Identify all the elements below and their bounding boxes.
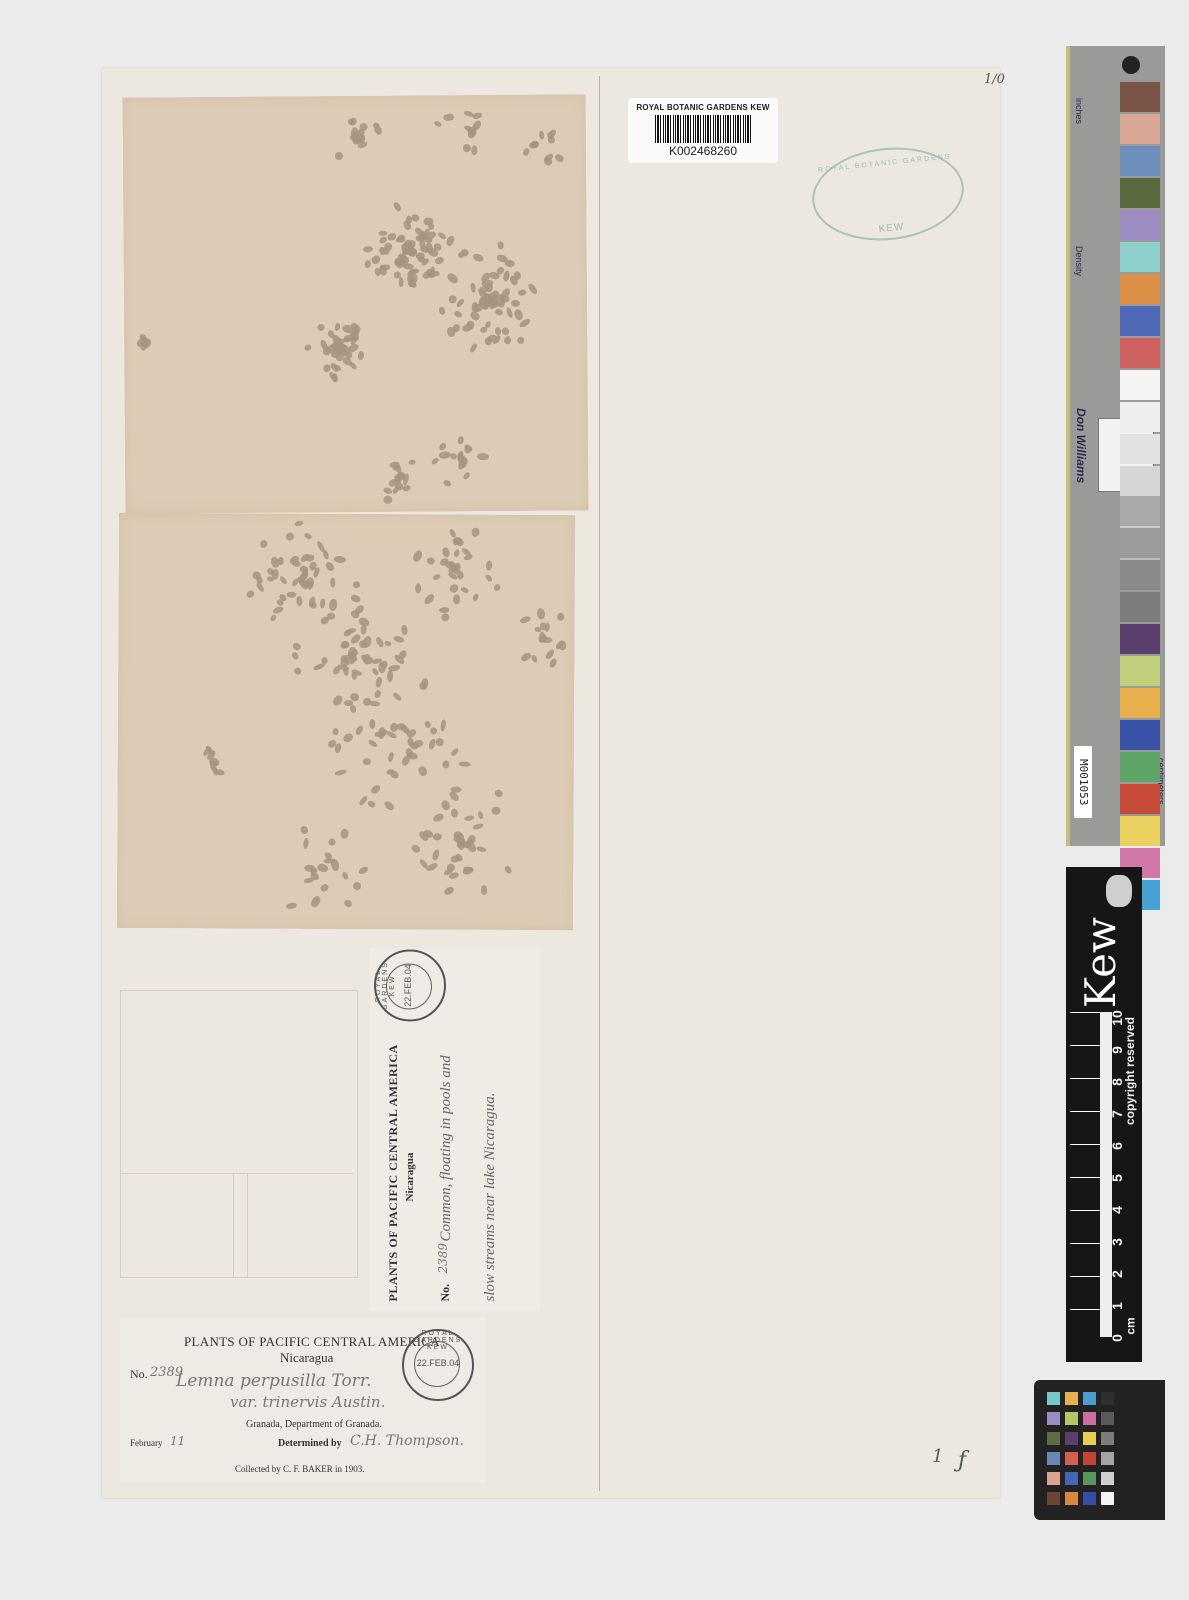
duckweed-frond <box>353 603 366 616</box>
duckweed-frond <box>331 665 341 676</box>
duckweed-frond <box>437 231 447 241</box>
duckweed-frond <box>519 616 532 625</box>
specimen-packet-upper <box>123 94 589 513</box>
duckweed-frond <box>413 740 424 748</box>
color-square <box>1083 1452 1096 1465</box>
duckweed-frond <box>392 692 403 703</box>
color-patch <box>1120 656 1160 686</box>
color-patch <box>1120 592 1160 622</box>
color-square <box>1101 1492 1114 1505</box>
duckweed-frond <box>296 596 303 606</box>
color-square <box>1083 1412 1096 1425</box>
duckweed-frond <box>441 612 452 623</box>
scale-number: 7 <box>1109 1105 1125 1123</box>
duckweed-frond <box>259 539 269 549</box>
scale-number: 5 <box>1109 1169 1125 1187</box>
stamp-ring-text: ROYAL GARDENS KEW <box>404 1330 472 1351</box>
duckweed-frond <box>303 532 313 540</box>
duckweed-frond <box>539 130 545 140</box>
color-patch <box>1120 434 1160 464</box>
duckweed-frond <box>443 113 454 122</box>
color-patch <box>1120 560 1160 590</box>
duckweed-frond <box>446 271 460 285</box>
color-square <box>1083 1392 1096 1405</box>
duckweed-frond <box>304 344 312 352</box>
duckweed-frond <box>464 839 477 853</box>
receipt-stamp: ROYAL GARDENS KEW 22.FEB.04 <box>402 1329 474 1401</box>
envelope-fold <box>233 1173 234 1277</box>
color-patch <box>1120 242 1160 272</box>
color-square <box>1101 1452 1114 1465</box>
color-patch <box>1120 688 1160 718</box>
duckweed-frond <box>448 528 457 538</box>
duckweed-frond <box>423 593 436 606</box>
stamp-ring-text: ROYAL GARDENS KEW <box>375 951 396 1019</box>
duckweed-frond <box>352 880 362 890</box>
duckweed-frond <box>527 282 538 295</box>
duckweed-frond <box>266 576 274 583</box>
duckweed-frond <box>425 557 435 567</box>
duckweed-frond <box>477 453 489 461</box>
duckweed-frond <box>494 789 504 799</box>
duckweed-frond <box>399 277 404 287</box>
duckweed-frond <box>477 810 484 819</box>
duckweed-frond <box>517 290 526 297</box>
duckweed-frond <box>290 650 299 660</box>
duckweed-frond <box>504 864 513 874</box>
strip-hole-icon <box>1122 56 1140 74</box>
collector-line: Collected by C. F. BAKER in 1903. <box>235 1464 365 1474</box>
duckweed-frond <box>392 201 402 213</box>
duckweed-frond <box>300 825 310 836</box>
duckweed-frond <box>409 240 416 248</box>
duckweed-frond <box>292 642 302 652</box>
color-square <box>1065 1392 1078 1405</box>
stamp-top-text: ROYAL BOTANIC GARDENS <box>811 152 959 174</box>
scale-number: 3 <box>1109 1233 1125 1251</box>
scale-number: 1 <box>1109 1297 1125 1315</box>
color-patch <box>1120 274 1160 304</box>
scale-number: 2 <box>1109 1265 1125 1283</box>
duckweed-frond <box>334 322 341 331</box>
duckweed-frond <box>547 136 556 145</box>
duckweed-frond <box>479 327 487 334</box>
duckweed-frond <box>438 306 446 315</box>
duckweed-frond <box>440 719 447 732</box>
color-square <box>1047 1432 1060 1445</box>
duckweed-frond <box>469 282 476 293</box>
duckweed-frond <box>382 799 395 812</box>
scale-number: 6 <box>1109 1137 1125 1155</box>
duckweed-frond <box>382 487 393 496</box>
duckweed-frond <box>387 752 395 763</box>
stamp-bottom-text: KEW <box>817 215 965 241</box>
taxon-name: Lemna perpusilla Torr. <box>176 1371 371 1391</box>
color-square <box>1047 1492 1060 1505</box>
duckweed-frond <box>440 799 452 812</box>
duckweed-frond <box>334 150 345 161</box>
color-square <box>1065 1432 1078 1445</box>
determiner-name: C.H. Thompson. <box>350 1433 464 1449</box>
color-square <box>1047 1472 1060 1485</box>
duckweed-frond <box>324 560 336 572</box>
label-header: PLANTS OF PACIFIC CENTRAL AMERICA <box>184 1334 440 1350</box>
color-patch <box>1120 816 1160 846</box>
duckweed-frond <box>556 612 565 622</box>
color-square <box>1101 1392 1114 1405</box>
duckweed-frond <box>530 654 538 663</box>
duckweed-frond <box>408 460 416 465</box>
duckweed-frond <box>293 667 303 677</box>
duckweed-frond <box>317 863 330 873</box>
herbarium-sheet: ROYAL BOTANIC GARDENS KEW K002468260 ROY… <box>102 68 1000 1498</box>
duckweed-frond <box>453 549 460 558</box>
duckweed-frond <box>463 144 472 153</box>
duckweed-frond <box>388 769 400 780</box>
duckweed-frond <box>528 141 540 150</box>
duckweed-frond <box>290 578 299 588</box>
receipt-stamp: ROYAL GARDENS KEW 22.FEB.04 <box>374 949 446 1021</box>
duckweed-frond <box>370 784 382 795</box>
duckweed-frond <box>472 112 483 120</box>
duckweed-frond <box>453 310 463 320</box>
color-patch <box>1120 402 1160 432</box>
habitat-note-line1: Common, floating in pools and <box>438 1055 455 1241</box>
color-square <box>1083 1492 1096 1505</box>
duckweed-frond <box>363 758 372 766</box>
duckweed-frond <box>450 808 458 818</box>
duckweed-frond <box>513 308 524 321</box>
duckweed-frond <box>344 654 350 662</box>
color-patch <box>1120 146 1160 176</box>
duckweed-frond <box>425 862 438 872</box>
duckweed-frond <box>315 323 325 333</box>
color-square <box>1101 1432 1114 1445</box>
kew-logo: Kew <box>1076 917 1125 1008</box>
duckweed-frond <box>353 724 364 736</box>
duckweed-frond <box>430 456 439 465</box>
color-patch <box>1120 82 1160 112</box>
barcode-icon <box>655 115 751 143</box>
duckweed-frond <box>503 336 511 345</box>
color-square <box>1065 1472 1078 1485</box>
duckweed-frond <box>449 295 457 303</box>
scale-number: 8 <box>1109 1073 1125 1091</box>
duckweed-frond <box>428 726 438 736</box>
duckweed-frond <box>402 485 411 492</box>
duckweed-frond <box>461 249 469 257</box>
duckweed-frond <box>367 739 378 749</box>
specimen-label: PLANTS OF PACIFIC CENTRAL AMERICA Nicara… <box>120 1317 486 1483</box>
duckweed-frond <box>348 361 358 371</box>
duckweed-frond <box>411 843 422 854</box>
color-patch <box>1120 210 1160 240</box>
duckweed-frond <box>329 599 338 612</box>
duckweed-frond <box>246 589 256 599</box>
duckweed-frond <box>362 635 373 649</box>
color-square <box>1047 1392 1060 1405</box>
color-patch <box>1120 306 1160 336</box>
collection-day: 11 <box>170 1434 185 1448</box>
scale-number: 9 <box>1109 1041 1125 1059</box>
duckweed-frond <box>349 704 357 713</box>
duckweed-frond <box>374 689 382 698</box>
duckweed-frond <box>287 592 297 598</box>
duckweed-frond <box>486 560 493 571</box>
color-checker-card <box>1034 1380 1165 1520</box>
pencil-mark: 1 <box>932 1446 943 1467</box>
pencil-initials: ƒ <box>958 1448 966 1473</box>
duckweed-frond <box>342 732 355 744</box>
duckweed-frond <box>322 657 328 664</box>
duckweed-frond <box>364 259 371 268</box>
sheet-fold-line <box>599 76 600 1491</box>
duckweed-frond <box>462 866 475 876</box>
duckweed-frond <box>481 302 490 311</box>
scale-number: 4 <box>1109 1201 1125 1219</box>
barcode-label: ROYAL BOTANIC GARDENS KEW K002468260 <box>628 98 778 163</box>
copyright-text: copyright reserved <box>1123 1017 1137 1125</box>
duckweed-frond <box>387 670 393 682</box>
duckweed-frond <box>440 607 450 613</box>
duckweed-frond <box>349 593 361 603</box>
duckweed-frond <box>436 737 444 746</box>
habitat-note-line2: slow streams near lake Nicaragua. <box>482 1092 499 1301</box>
duckweed-frond <box>505 307 513 319</box>
specimen-packet-lower <box>117 513 575 930</box>
duckweed-frond <box>340 871 348 880</box>
determined-by-label: Determined by <box>278 1438 342 1449</box>
duckweed-frond <box>441 546 451 557</box>
scale-ticks <box>1070 1012 1112 1337</box>
duckweed-frond <box>343 899 353 909</box>
duckweed-frond <box>452 594 459 604</box>
scale-unit: cm <box>1124 1317 1138 1334</box>
duckweed-frond <box>367 800 377 809</box>
duckweed-frond <box>330 859 340 872</box>
duckweed-frond <box>334 769 347 777</box>
duckweed-frond <box>362 246 373 253</box>
herbarium-stamp: ROYAL BOTANIC GARDENS KEW <box>808 140 969 247</box>
color-patch <box>1120 178 1160 208</box>
duckweed-frond <box>494 308 503 316</box>
color-calibration-strip: inches Density Don Williams centimeters … <box>1066 46 1165 846</box>
barcode-institution: ROYAL BOTANIC GARDENS KEW <box>628 103 778 112</box>
sheet-number-mark: 1/0 <box>984 72 1005 87</box>
color-patch <box>1120 720 1160 750</box>
duckweed-frond <box>441 760 450 769</box>
kew-crest-icon <box>1106 875 1132 907</box>
barcode-number: K002468260 <box>628 144 778 158</box>
color-patch <box>1120 338 1160 368</box>
duckweed-frond <box>383 640 392 647</box>
color-square <box>1065 1412 1078 1425</box>
duckweed-frond <box>279 575 289 585</box>
color-patch <box>1120 528 1160 558</box>
duckweed-frond <box>443 479 453 488</box>
duckweed-frond <box>310 895 322 909</box>
duckweed-frond <box>375 676 384 688</box>
duckweed-frond <box>481 885 487 895</box>
duckweed-frond <box>516 337 525 346</box>
duckweed-frond <box>303 837 309 848</box>
duckweed-frond <box>415 235 424 242</box>
duckweed-frond <box>417 765 429 778</box>
color-patch <box>1120 370 1160 400</box>
density-label: Density <box>1074 246 1084 276</box>
duckweed-frond <box>485 573 494 583</box>
duckweed-frond <box>423 218 433 226</box>
duckweed-frond <box>491 806 501 815</box>
duckweed-frond <box>370 719 376 730</box>
duckweed-frond <box>521 147 530 157</box>
duckweed-frond <box>460 586 470 594</box>
duckweed-frond <box>459 761 471 767</box>
duckweed-frond <box>472 528 480 538</box>
label-number: 2389 <box>436 1242 450 1273</box>
fragment-envelope[interactable] <box>120 990 358 1278</box>
stamp-date: 22.FEB.04 <box>404 1358 472 1368</box>
duckweed-frond <box>371 254 383 266</box>
duckweed-frond <box>332 373 338 383</box>
duckweed-frond <box>358 350 365 360</box>
duckweed-frond <box>476 845 487 852</box>
duckweed-frond <box>457 436 464 445</box>
scale-number: 10 <box>1109 1009 1125 1027</box>
color-square <box>1101 1412 1114 1425</box>
strip-units-top: inches <box>1074 98 1084 124</box>
taxon-variety: var. trinervis Austin. <box>230 1393 385 1411</box>
duckweed-frond <box>369 700 380 707</box>
duckweed-frond <box>352 580 360 588</box>
stamp-date: 22.FEB.04 <box>403 951 413 1019</box>
duckweed-frond <box>387 664 400 672</box>
duckweed-frond <box>403 473 411 485</box>
duckweed-frond <box>434 257 445 266</box>
duckweed-frond <box>472 823 484 831</box>
duckweed-frond <box>432 849 441 861</box>
envelope-flap <box>121 991 353 1174</box>
color-patch <box>1120 624 1160 654</box>
collection-month: February <box>130 1438 163 1448</box>
duckweed-frond <box>286 902 298 910</box>
duckweed-frond <box>471 145 478 155</box>
duckweed-frond <box>415 583 422 594</box>
color-square <box>1047 1452 1060 1465</box>
duckweed-frond <box>360 624 367 634</box>
duckweed-frond <box>463 110 474 118</box>
label-region: Nicaragua <box>280 1350 333 1366</box>
duckweed-frond <box>496 241 504 250</box>
kew-scale-bar: Kew copyright reserved cm 012345678910 <box>1066 867 1142 1362</box>
duckweed-frond <box>293 519 303 527</box>
duckweed-frond <box>393 635 405 644</box>
duckweed-frond <box>373 124 383 135</box>
duckweed-frond <box>271 604 284 614</box>
duckweed-frond <box>554 153 565 163</box>
duckweed-frond <box>450 747 460 758</box>
color-patch <box>1120 496 1160 526</box>
duckweed-frond <box>433 120 443 129</box>
label-header: PLANTS OF PACIFIC CENTRAL AMERICA <box>386 1044 401 1301</box>
duckweed-frond <box>462 471 471 481</box>
duckweed-frond <box>332 694 345 708</box>
duckweed-frond <box>471 592 479 601</box>
duckweed-frond <box>488 301 499 308</box>
duckweed-frond <box>320 598 326 608</box>
duckweed-frond <box>401 624 408 635</box>
duckweed-frond <box>340 828 349 839</box>
duckweed-frond <box>439 441 448 451</box>
duckweed-frond <box>255 581 266 593</box>
duckweed-frond <box>384 496 393 504</box>
color-patch <box>1120 784 1160 814</box>
duckweed-frond <box>448 582 460 594</box>
color-square <box>1065 1452 1078 1465</box>
duckweed-frond <box>269 614 278 623</box>
color-square <box>1083 1472 1096 1485</box>
duckweed-frond <box>333 555 345 563</box>
label-number-prefix: No. <box>130 1367 148 1382</box>
duckweed-frond <box>511 300 520 307</box>
strip-brand: Don Williams <box>1074 408 1088 483</box>
locality: Granada, Department of Granada. <box>246 1419 382 1430</box>
duckweed-frond <box>285 531 296 542</box>
color-square <box>1065 1492 1078 1505</box>
duckweed-frond <box>494 326 502 335</box>
color-patch <box>1120 466 1160 496</box>
color-square <box>1047 1412 1060 1425</box>
duckweed-frond <box>493 583 502 592</box>
duckweed-frond <box>465 815 476 822</box>
duckweed-frond <box>469 342 479 353</box>
duckweed-frond <box>433 813 445 823</box>
duckweed-frond <box>472 252 485 263</box>
label-number-prefix: No. <box>438 1283 453 1301</box>
scale-number: 0 <box>1109 1329 1125 1347</box>
label-region: Nicaragua <box>404 1152 416 1201</box>
duckweed-frond <box>466 320 475 330</box>
duckweed-frond <box>537 607 546 619</box>
duckweed-frond <box>378 230 387 235</box>
duckweed-frond <box>558 640 568 651</box>
color-square <box>1101 1472 1114 1485</box>
duckweed-frond <box>329 838 336 845</box>
duckweed-frond <box>332 728 338 735</box>
duckweed-frond <box>323 363 331 372</box>
duckweed-frond <box>322 549 330 560</box>
duckweed-frond <box>411 549 423 563</box>
envelope-fold <box>247 1173 248 1277</box>
duckweed-frond <box>357 865 369 875</box>
duckweed-frond <box>319 883 330 893</box>
color-square <box>1083 1432 1096 1445</box>
duckweed-frond <box>421 678 429 690</box>
strip-id: M001053 <box>1074 746 1092 818</box>
color-patch <box>1120 752 1160 782</box>
field-note-label: PLANTS OF PACIFIC CENTRAL AMERICA Nicara… <box>370 948 540 1311</box>
color-patch <box>1120 114 1160 144</box>
duckweed-frond <box>444 886 456 897</box>
duckweed-frond <box>330 578 335 588</box>
duckweed-frond <box>432 573 441 581</box>
